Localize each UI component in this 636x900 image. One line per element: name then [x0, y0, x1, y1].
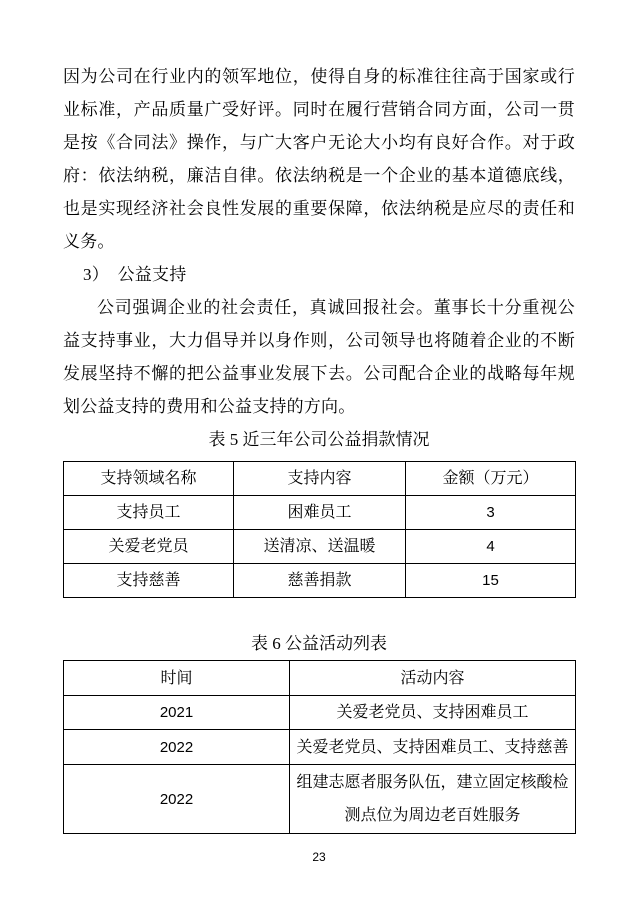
document-page: 因为公司在行业内的领军地位，使得自身的标准往往高于国家或行业标准，产品质量广受好…	[0, 0, 636, 900]
table6-caption: 表 6 公益活动列表	[63, 627, 575, 660]
table-cell-amount: 3	[406, 496, 576, 530]
table-header-row: 支持领域名称 支持内容 金额（万元）	[64, 462, 576, 496]
table-cell: 关爱老党员	[64, 530, 234, 564]
table-row: 2022 关爱老党员、支持困难员工、支持慈善	[64, 730, 576, 765]
table-header-cell: 时间	[64, 661, 290, 696]
table-row: 关爱老党员 送清凉、送温暖 4	[64, 530, 576, 564]
section-heading-public-welfare: 3） 公益支持	[63, 258, 575, 291]
table-cell-year: 2021	[64, 696, 290, 730]
table-cell: 关爱老党员、支持困难员工、支持慈善	[290, 730, 576, 765]
table-cell: 组建志愿者服务队伍，建立固定核酸检测点位为周边老百姓服务	[290, 765, 576, 834]
table-header-cell: 金额（万元）	[406, 462, 576, 496]
table-row: 2021 关爱老党员、支持困难员工	[64, 696, 576, 730]
table-row: 支持员工 困难员工 3	[64, 496, 576, 530]
table-cell: 支持员工	[64, 496, 234, 530]
paragraph-welfare-support: 公司强调企业的社会责任，真诚回报社会。董事长十分重视公益支持事业，大力倡导并以身…	[63, 291, 575, 423]
table-cell: 慈善捐款	[234, 564, 406, 598]
table-cell-amount: 15	[406, 564, 576, 598]
donation-table: 支持领域名称 支持内容 金额（万元） 支持员工 困难员工 3 关爱老党员 送清凉…	[63, 461, 576, 598]
table-cell: 困难员工	[234, 496, 406, 530]
page-number: 23	[63, 850, 575, 865]
table-header-cell: 支持内容	[234, 462, 406, 496]
table-row: 2022 组建志愿者服务队伍，建立固定核酸检测点位为周边老百姓服务	[64, 765, 576, 834]
table5-caption: 表 5 近三年公司公益捐款情况	[63, 423, 575, 456]
paragraph-tax-compliance: 因为公司在行业内的领军地位，使得自身的标准往往高于国家或行业标准，产品质量广受好…	[63, 60, 575, 258]
activity-table: 时间 活动内容 2021 关爱老党员、支持困难员工 2022 关爱老党员、支持困…	[63, 660, 576, 834]
table-header-cell: 支持领域名称	[64, 462, 234, 496]
table-row: 支持慈善 慈善捐款 15	[64, 564, 576, 598]
table-cell: 支持慈善	[64, 564, 234, 598]
table-cell-year: 2022	[64, 765, 290, 834]
table-header-cell: 活动内容	[290, 661, 576, 696]
table-cell-year: 2022	[64, 730, 290, 765]
table-cell: 关爱老党员、支持困难员工	[290, 696, 576, 730]
table-cell: 送清凉、送温暖	[234, 530, 406, 564]
table-cell-amount: 4	[406, 530, 576, 564]
table-header-row: 时间 活动内容	[64, 661, 576, 696]
